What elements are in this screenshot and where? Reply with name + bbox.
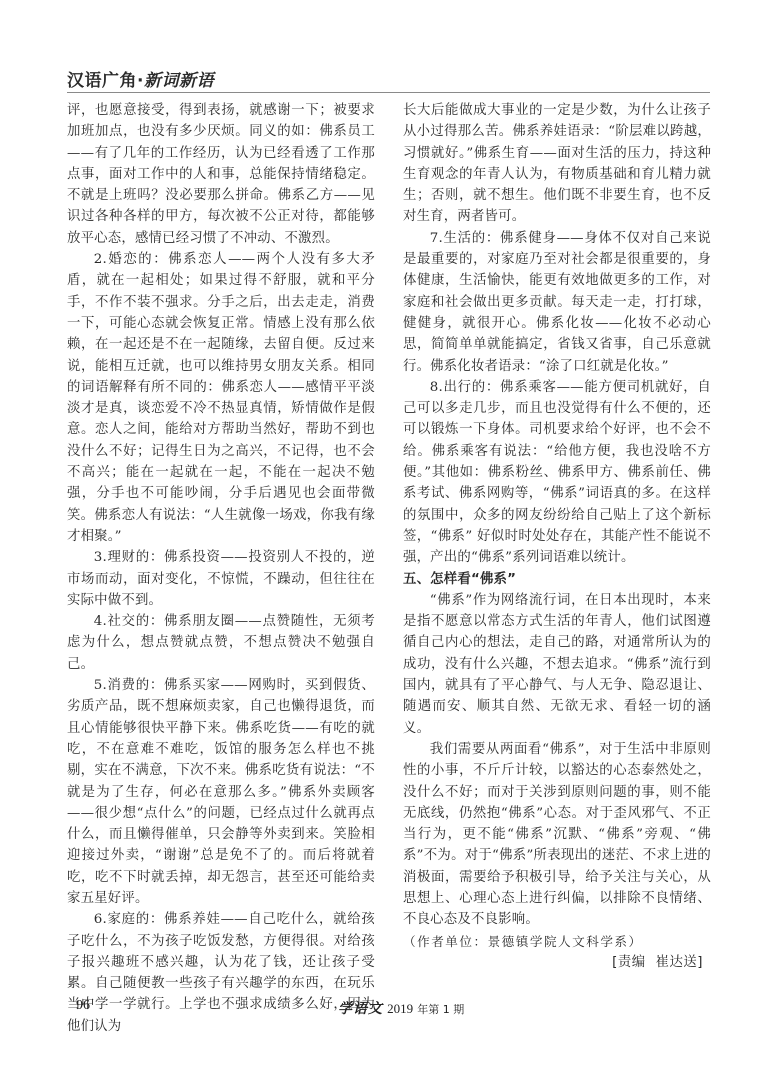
editor-bracket-close: ] — [697, 955, 703, 970]
journal-name: 学语文 — [338, 1001, 383, 1017]
header-separator: · — [137, 71, 144, 91]
running-header: 汉语广角·新词新语 — [67, 62, 710, 93]
paragraph-marriage: 2.婚恋的：佛系恋人——两个人没有多大矛盾，就在一起相处；如果过得不舒服，就和平… — [67, 249, 375, 547]
editor-role: 责编 — [618, 955, 646, 970]
editor-credit: [责编崔达送] — [403, 952, 711, 973]
page-number: 96 — [76, 998, 90, 1014]
section-heading: 五、怎样看“佛系” — [403, 569, 711, 590]
paragraph-life: 7.生活的：佛系健身——身体不仅对自己来说是最重要的，对家庭乃至对社会都是很重要… — [403, 228, 711, 377]
author-affiliation: （作者单位：景德镇学院人文科学系） — [403, 931, 711, 952]
paragraph-consumption: 5.消费的：佛系买家——网购时，买到假货、劣质产品，既不想麻烦卖家，自己也懒得退… — [67, 675, 375, 909]
left-column: 评，也愿意接受，得到表扬，就感谢一下；被要求加班加点，也没有多少厌烦。同义的如：… — [67, 100, 375, 1037]
paragraph-origin: “佛系”作为网络流行词，在日本出现时，本来是指不愿意以常态方式生活的年青人，他们… — [403, 590, 711, 739]
paragraph-finance: 3.理财的：佛系投资——投资别人不投的，逆市场而动，面对变化，不惊慌，不躁动，但… — [67, 547, 375, 611]
journal-info: 学语文 2019 年第 1 期 — [338, 998, 464, 1018]
paragraph-travel: 8.出行的：佛系乘客——能方便司机就好，自己可以多走几步，而且也没觉得有什么不便… — [403, 377, 711, 569]
header-subsection: 新词新语 — [144, 71, 214, 91]
editor-name: 崔达送 — [656, 955, 698, 970]
journal-year: 2019 — [387, 1001, 413, 1016]
page-footer: 96 学语文 2019 年第 1 期 — [0, 998, 774, 1022]
paragraph-social: 4.社交的：佛系朋友圈——点赞随性，无须考虑为什么，想点赞就点赞，不想点赞决不勉… — [67, 611, 375, 675]
header-title: 汉语广角·新词新语 — [67, 66, 214, 91]
paragraph: 长大后能做成大事业的一定是少数，为什么让孩子从小过得那么苦。佛系养娃语录：“阶层… — [403, 100, 711, 228]
header-section: 汉语广角 — [67, 71, 137, 91]
right-column: 长大后能做成大事业的一定是少数，为什么让孩子从小过得那么苦。佛系养娃语录：“阶层… — [403, 100, 711, 973]
paragraph: 评，也愿意接受，得到表扬，就感谢一下；被要求加班加点，也没有多少厌烦。同义的如：… — [67, 100, 375, 249]
paragraph-conclusion: 我们需要从两面看“佛系”，对于生活中非原则性的小事，不斤斤计较，以豁达的心态泰然… — [403, 739, 711, 931]
journal-issue: 年第 1 期 — [417, 1003, 464, 1016]
